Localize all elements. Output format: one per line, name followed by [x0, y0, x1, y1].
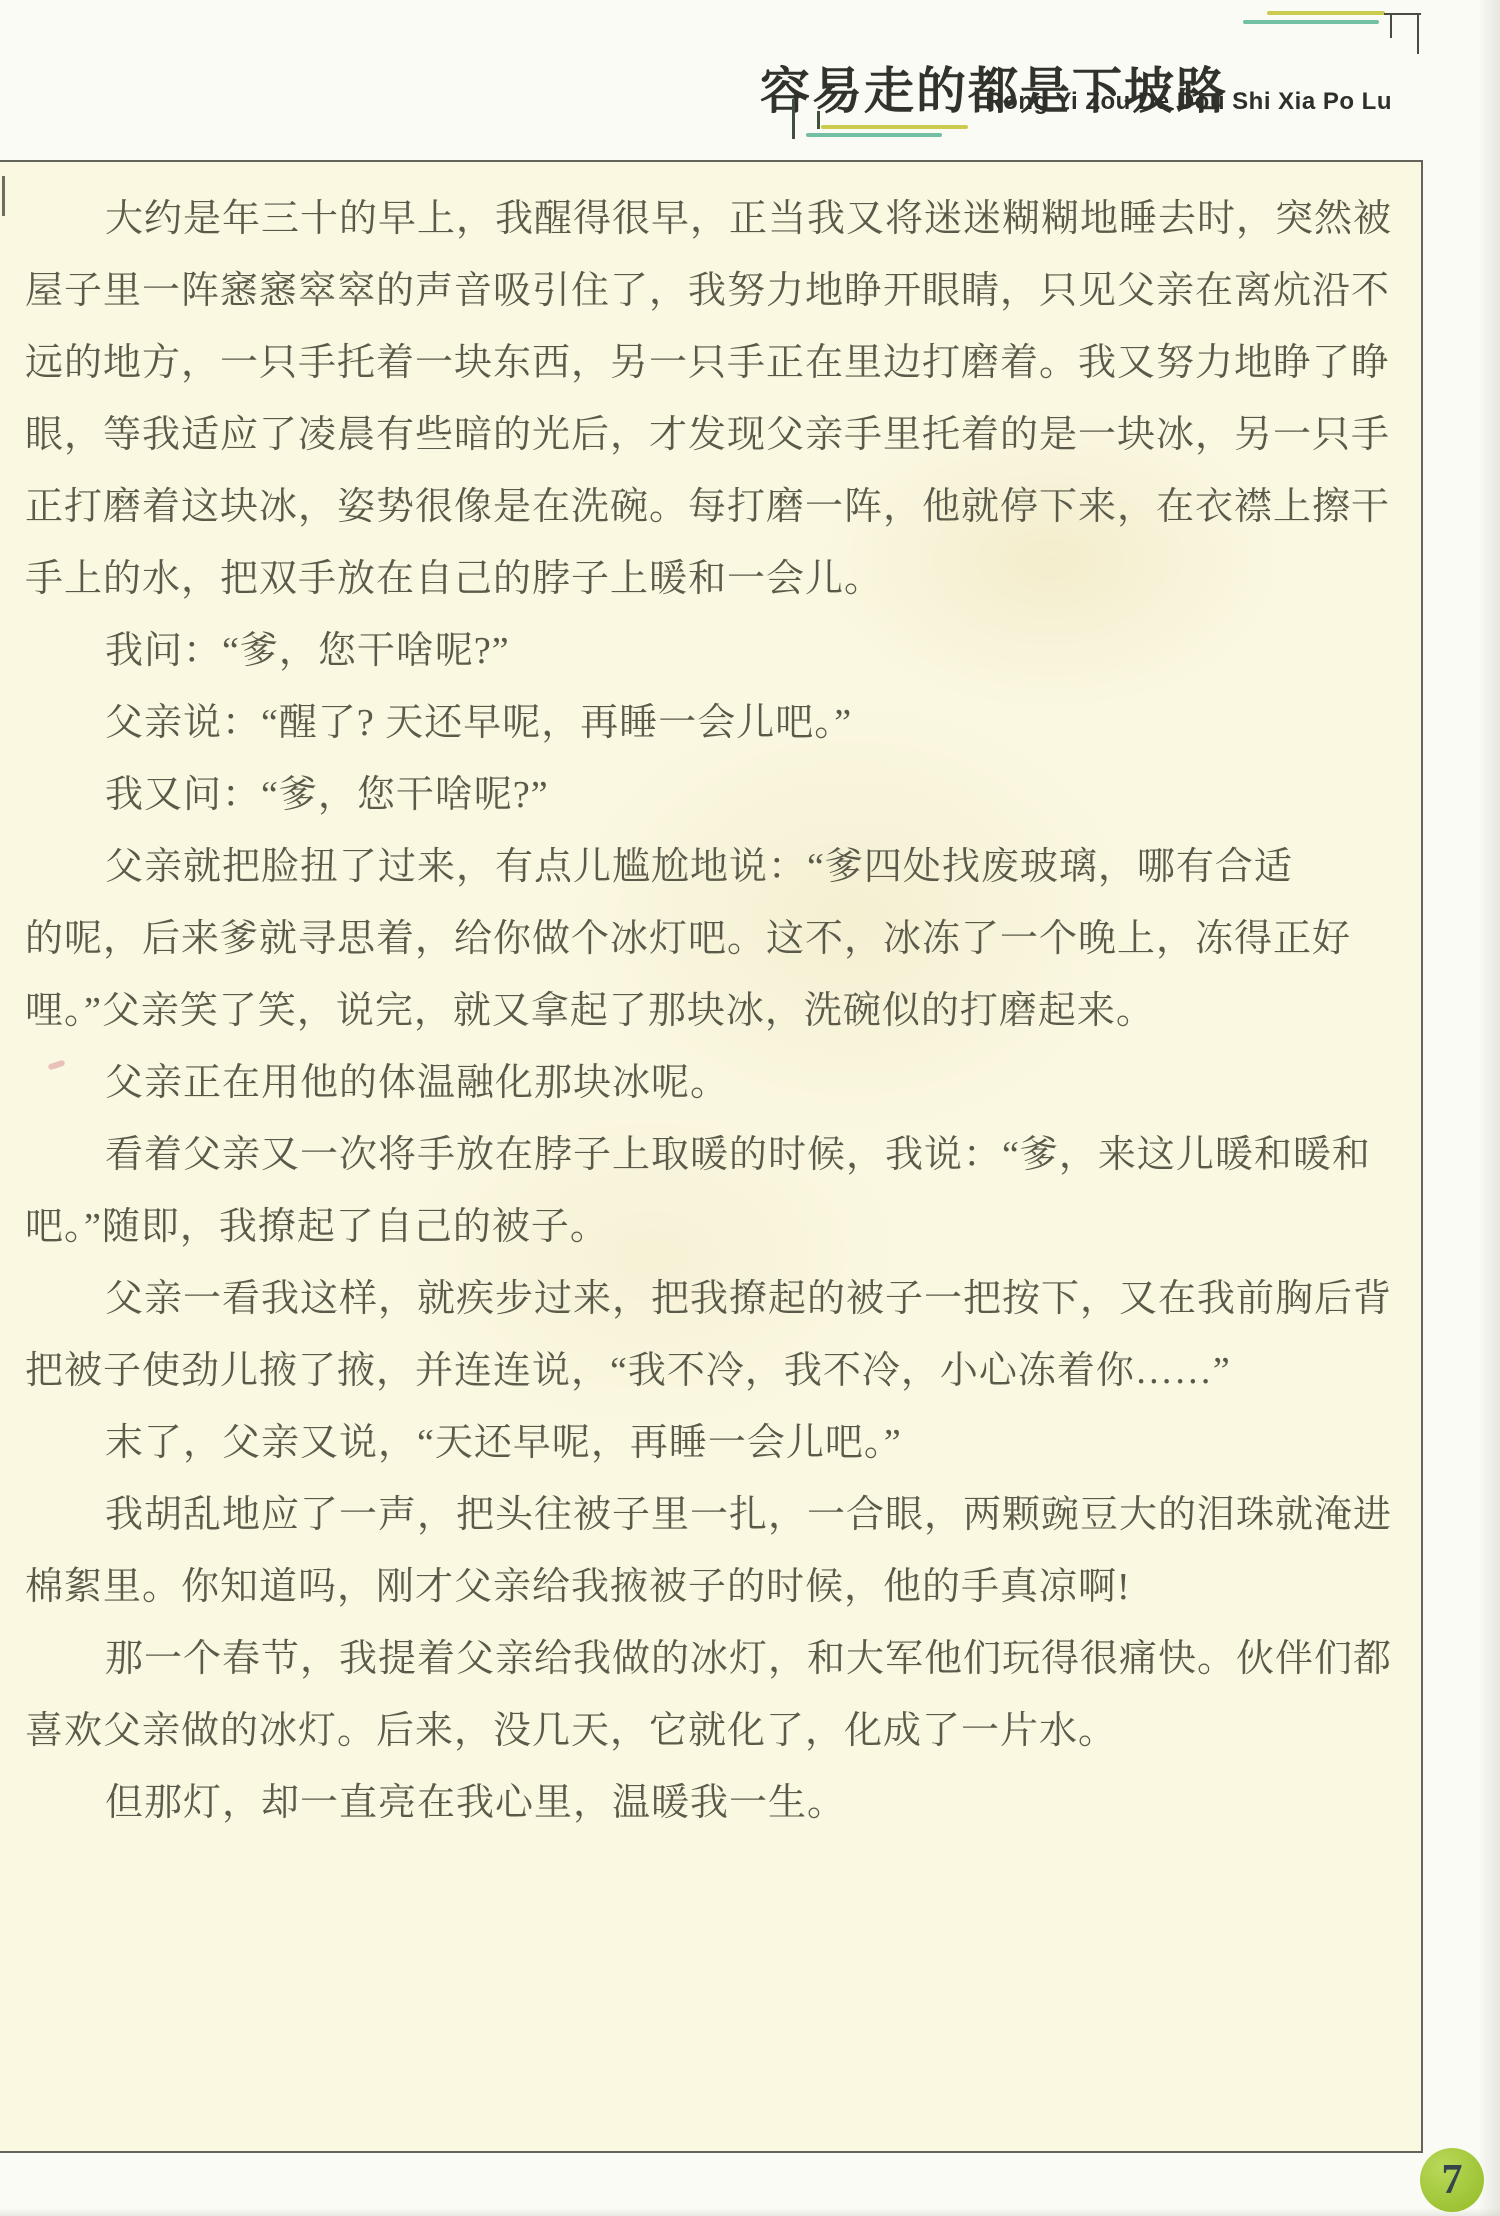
deco-corner-bracket: [1417, 13, 1419, 54]
deco-vertical-tick: [792, 99, 795, 139]
text-line: 父亲说：“醒了? 天还早呢，再睡一会儿吧。”: [25, 687, 1403, 759]
deco-teal-bar-top: [1243, 20, 1379, 24]
book-page: { "header": { "title": "容易走的都是下坡路", "pin…: [0, 0, 1500, 2216]
text-line: 那一个春节，我提着父亲给我做的冰灯，和大军他们玩得很痛快。伙伴们都: [25, 1623, 1403, 1695]
deco-yellow-bar-mid: [821, 125, 968, 129]
text-line: 喜欢父亲做的冰灯。后来，没几天，它就化了，化成了一片水。: [25, 1695, 1403, 1767]
scan-edge-mark: [2, 176, 5, 216]
text-line: 正打磨着这块冰，姿势很像是在洗碗。每打磨一阵，他就停下来，在衣襟上擦干: [25, 471, 1403, 543]
text-line: 我胡乱地应了一声，把头往被子里一扎，一合眼，两颗豌豆大的泪珠就淹进: [25, 1479, 1403, 1551]
text-line: 远的地方，一只手托着一块东西，另一只手正在里边打磨着。我又努力地睁了睁: [25, 327, 1403, 399]
text-line: 但那灯，却一直亮在我心里，温暖我一生。: [25, 1767, 1403, 1839]
text-line: 吧。”随即，我撩起了自己的被子。: [25, 1191, 1403, 1263]
page-number-badge: 7: [1420, 2148, 1484, 2212]
text-line: 屋子里一阵窸窸窣窣的声音吸引住了，我努力地睁开眼睛，只见父亲在离炕沿不: [25, 255, 1403, 327]
text-line: 哩。”父亲笑了笑，说完，就又拿起了那块冰，洗碗似的打磨起来。: [25, 975, 1403, 1047]
deco-corner-bracket: [1390, 13, 1392, 38]
text-line: 我又问：“爹，您干啥呢?”: [25, 759, 1403, 831]
text-frame: 大约是年三十的早上，我醒得很早，正当我又将迷迷糊糊地睡去时，突然被屋子里一阵窸窸…: [0, 160, 1423, 2153]
text-line: 眼，等我适应了凌晨有些暗的光后，才发现父亲手里托着的是一块冰，另一只手: [25, 399, 1403, 471]
title-pinyin: Rong Yi Zou De Dou Shi Xia Po Lu: [985, 88, 1392, 116]
text-line: 我问：“爹，您干啥呢?”: [25, 615, 1403, 687]
text-line: 父亲就把脸扭了过来，有点儿尴尬地说：“爹四处找废玻璃，哪有合适: [25, 831, 1403, 903]
text-line: 大约是年三十的早上，我醒得很早，正当我又将迷迷糊糊地睡去时，突然被: [25, 183, 1403, 255]
text-line: 父亲一看我这样，就疾步过来，把我撩起的被子一把按下，又在我前胸后背: [25, 1263, 1403, 1335]
page-right-edge-shadow: [1478, 0, 1500, 2216]
text-line: 父亲正在用他的体温融化那块冰呢。: [25, 1047, 1403, 1119]
deco-yellow-bar-top: [1267, 11, 1385, 15]
page-number: 7: [1442, 2156, 1463, 2204]
deco-vertical-tick: [817, 111, 820, 129]
text-line: 末了，父亲又说，“天还早呢，再睡一会儿吧。”: [25, 1407, 1403, 1479]
text-line: 把被子使劲儿掖了掖，并连连说，“我不冷，我不冷，小心冻着你……”: [25, 1335, 1403, 1407]
text-line: 手上的水，把双手放在自己的脖子上暖和一会儿。: [25, 543, 1403, 615]
page-bottom-edge-shadow: [0, 2208, 1500, 2216]
text-line: 棉絮里。你知道吗，刚才父亲给我掖被子的时候，他的手真凉啊!: [25, 1551, 1403, 1623]
story-text: 大约是年三十的早上，我醒得很早，正当我又将迷迷糊糊地睡去时，突然被屋子里一阵窸窸…: [0, 162, 1421, 1839]
text-line: 看着父亲又一次将手放在脖子上取暖的时候，我说：“爹，来这儿暖和暖和: [25, 1119, 1403, 1191]
text-line: 的呢，后来爹就寻思着，给你做个冰灯吧。这不，冰冻了一个晚上，冻得正好: [25, 903, 1403, 975]
deco-teal-bar-mid: [806, 133, 942, 137]
